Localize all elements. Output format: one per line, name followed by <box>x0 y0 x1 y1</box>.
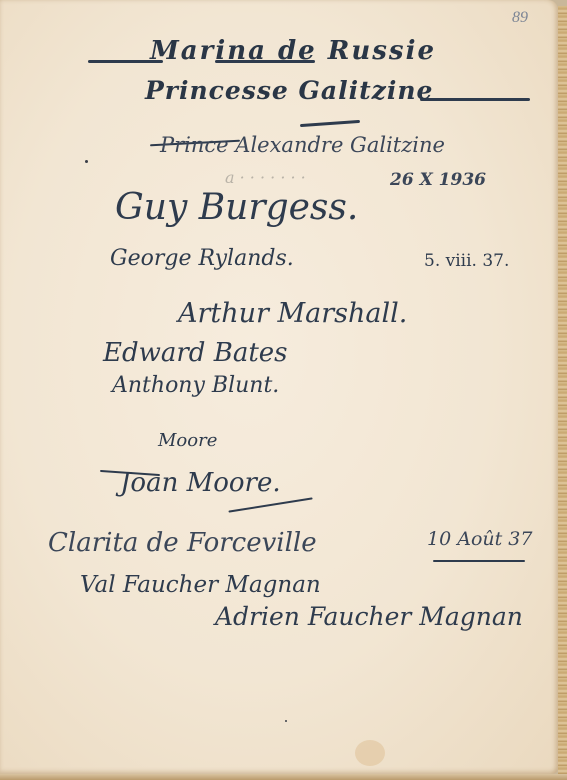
faded-pencil-mark: a · · · · · · · <box>225 168 306 187</box>
signature-rylands: George Rylands. <box>110 248 294 270</box>
signature-moore-short: Moore <box>158 432 217 450</box>
signature-forceville: Clarita de Forceville <box>48 530 317 556</box>
date-1937-aout: 10 Août 37 <box>427 530 532 549</box>
ink-dot <box>285 720 287 722</box>
page-bottom-edge <box>0 774 567 780</box>
signature-marshall: Arthur Marshall. <box>178 300 407 327</box>
album-page: 89 Marina de Russie Princesse Galitzine … <box>0 0 558 774</box>
underline <box>228 497 312 512</box>
signature-adrien-faucher-magnan: Adrien Faucher Magnan <box>215 604 523 629</box>
paper-stain <box>355 740 385 766</box>
page-edge <box>558 6 567 780</box>
flourish-line <box>420 98 530 101</box>
signature-prince-alexandre: Prince Alexandre Galitzine <box>160 135 445 156</box>
signature-princesse: Princesse Galitzine <box>145 78 433 103</box>
signature-joan-moore: Joan Moore. <box>120 470 281 496</box>
date-1937-viii: 5. viii. 37. <box>424 253 509 270</box>
page-number: 89 <box>512 10 528 26</box>
date-1936: 26 X 1936 <box>390 172 486 189</box>
underline <box>433 560 525 562</box>
signature-bates: Edward Bates <box>103 340 288 366</box>
signature-burgess: Guy Burgess. <box>115 190 358 226</box>
ink-dot <box>85 160 88 163</box>
signature-val-faucher-magnan: Val Faucher Magnan <box>80 574 321 597</box>
flourish-line <box>300 120 360 127</box>
signature-marina: Marina de Russie <box>150 38 436 64</box>
signature-blunt: Anthony Blunt. <box>112 375 279 397</box>
